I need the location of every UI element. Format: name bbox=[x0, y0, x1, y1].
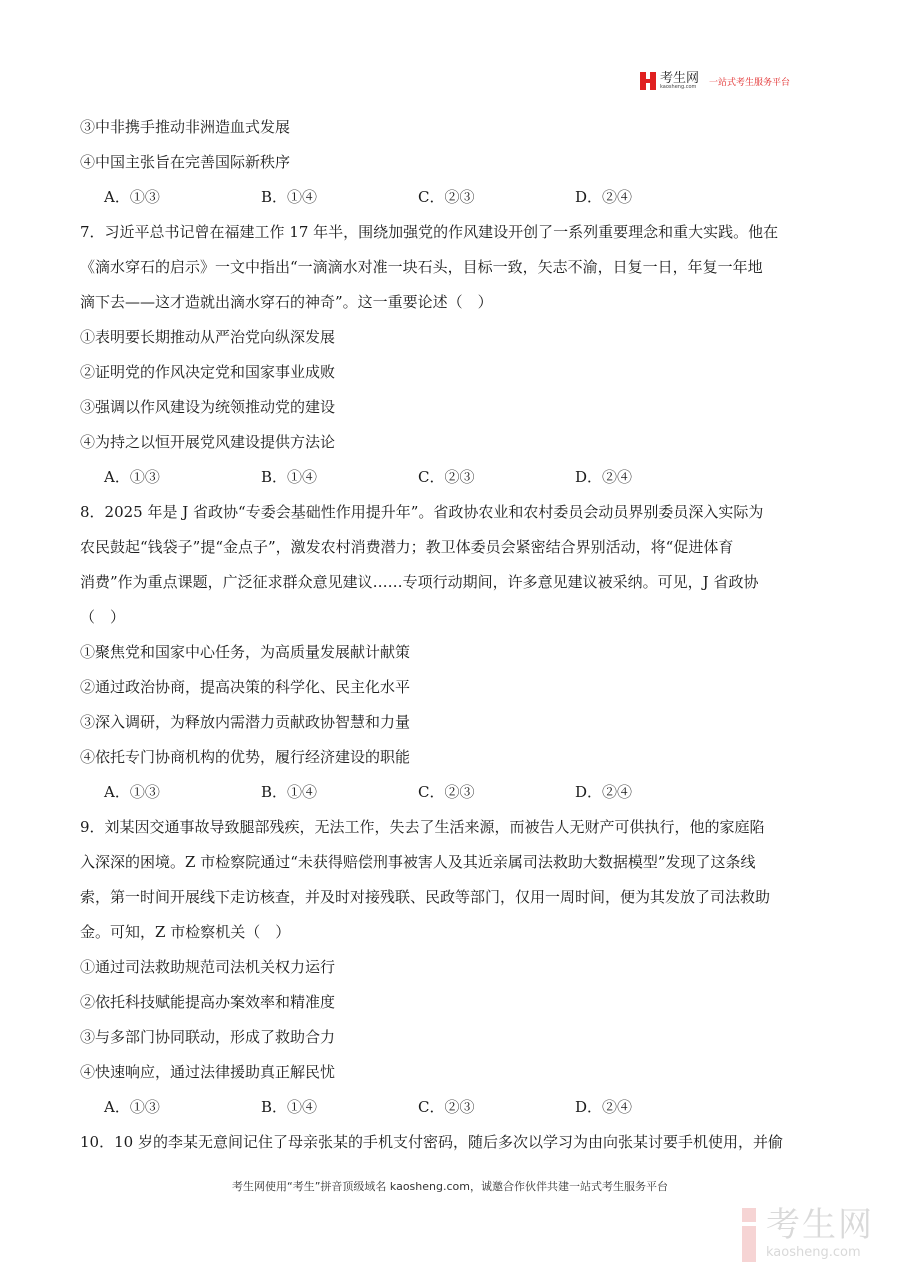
choice-a: A．①③ bbox=[104, 180, 261, 215]
choice-c: C．②③ bbox=[418, 180, 575, 215]
option-line: ④为持之以恒开展党风建设提供方法论 bbox=[80, 425, 825, 460]
question-10: 10．10 岁的李某无意间记住了母亲张某的手机支付密码，随后多次以学习为由向张某… bbox=[80, 1125, 825, 1160]
choice-c: C．②③ bbox=[418, 460, 575, 495]
question-stem-line: 农民鼓起“钱袋子”提“金点子”，激发农村消费潜力；教卫体委员会紧密结合界别活动，… bbox=[80, 530, 825, 565]
question-stem-line: 滴下去——这才造就出滴水穿石的神奇”。这一重要论述（ ） bbox=[80, 285, 825, 320]
question-8: 8．2025 年是 J 省政协“专委会基础性作用提升年”。省政协农业和农村委员会… bbox=[80, 495, 825, 810]
option-line: ④快速响应，通过法律援助真正解民忧 bbox=[80, 1055, 825, 1090]
option-line: ③中非携手推动非洲造血式发展 bbox=[80, 110, 825, 145]
option-line: ②证明党的作风决定党和国家事业成败 bbox=[80, 355, 825, 390]
option-line: ③深入调研，为释放内需潜力贡献政协智慧和力量 bbox=[80, 705, 825, 740]
choice-b: B．①④ bbox=[261, 180, 418, 215]
choice-d: D．②④ bbox=[575, 775, 732, 810]
answer-choices: A．①③ B．①④ C．②③ D．②④ bbox=[80, 775, 825, 810]
logo-domain: kaosheng.com bbox=[660, 85, 699, 90]
answer-choices: A．①③ B．①④ C．②③ D．②④ bbox=[80, 460, 825, 495]
choice-a: A．①③ bbox=[104, 460, 261, 495]
option-line: ③强调以作风建设为统领推动党的建设 bbox=[80, 390, 825, 425]
choice-b: B．①④ bbox=[261, 775, 418, 810]
footer-text: 考生网使用“考生”拼音顶级域名 kaosheng.com，诚邀合作伙伴共建一站式… bbox=[0, 1178, 900, 1194]
exam-content: ③中非携手推动非洲造血式发展 ④中国主张旨在完善国际新秩序 A．①③ B．①④ … bbox=[80, 110, 825, 1160]
choice-b: B．①④ bbox=[261, 460, 418, 495]
choice-d: D．②④ bbox=[575, 1090, 732, 1125]
choice-c: C．②③ bbox=[418, 1090, 575, 1125]
question-stem-line: 金。可知，Z 市检察机关（ ） bbox=[80, 915, 825, 950]
option-line: ①通过司法救助规范司法机关权力运行 bbox=[80, 950, 825, 985]
choice-d: D．②④ bbox=[575, 460, 732, 495]
choice-b: B．①④ bbox=[261, 1090, 418, 1125]
logo-slogan: 一站式考生服务平台 bbox=[709, 75, 790, 88]
watermark-domain: kaosheng.com bbox=[766, 1246, 874, 1259]
option-line: ①聚焦党和国家中心任务，为高质量发展献计献策 bbox=[80, 635, 825, 670]
question-stem-line: 消费”作为重点课题，广泛征求群众意见建议……专项行动期间，许多意见建议被采纳。可… bbox=[80, 565, 825, 600]
option-line: ②依托科技赋能提高办案效率和精准度 bbox=[80, 985, 825, 1020]
option-line: ①表明要长期推动从严治党向纵深发展 bbox=[80, 320, 825, 355]
kaosheng-logo-icon bbox=[640, 72, 656, 90]
question-stem-line: 9．刘某因交通事故导致腿部残疾，无法工作，失去了生活来源，而被告人无财产可供执行… bbox=[80, 810, 825, 845]
option-line: ③与多部门协同联动，形成了救助合力 bbox=[80, 1020, 825, 1055]
question-stem-line: 入深深的困境。Z 市检察院通过“未获得赔偿刑事被害人及其近亲属司法救助大数据模型… bbox=[80, 845, 825, 880]
option-line: ④依托专门协商机构的优势，履行经济建设的职能 bbox=[80, 740, 825, 775]
choice-c: C．②③ bbox=[418, 775, 575, 810]
option-line: ④中国主张旨在完善国际新秩序 bbox=[80, 145, 825, 180]
watermark-logo-icon bbox=[742, 1208, 760, 1262]
logo-text: 考生网 kaosheng.com bbox=[660, 72, 699, 90]
watermark-text: 考生网 kaosheng.com bbox=[766, 1208, 874, 1259]
choice-a: A．①③ bbox=[104, 775, 261, 810]
question-9: 9．刘某因交通事故导致腿部残疾，无法工作，失去了生活来源，而被告人无财产可供执行… bbox=[80, 810, 825, 1125]
watermark-name: 考生网 bbox=[766, 1208, 874, 1242]
choice-d: D．②④ bbox=[575, 180, 732, 215]
question-stem-line: 7．习近平总书记曾在福建工作 17 年半，围绕加强党的作风建设开创了一系列重要理… bbox=[80, 215, 825, 250]
option-line: ②通过政治协商，提高决策的科学化、民主化水平 bbox=[80, 670, 825, 705]
question-stem-line: 《滴水穿石的启示》一文中指出“一滴滴水对准一块石头，目标一致，矢志不渝，日复一日… bbox=[80, 250, 825, 285]
header-logo: 考生网 kaosheng.com 一站式考生服务平台 bbox=[640, 72, 790, 90]
watermark: 考生网 kaosheng.com bbox=[742, 1208, 874, 1262]
answer-choices: A．①③ B．①④ C．②③ D．②④ bbox=[80, 180, 825, 215]
question-stem-line: （ ） bbox=[80, 600, 825, 635]
question-6-tail: ③中非携手推动非洲造血式发展 ④中国主张旨在完善国际新秩序 A．①③ B．①④ … bbox=[80, 110, 825, 215]
question-stem-line: 8．2025 年是 J 省政协“专委会基础性作用提升年”。省政协农业和农村委员会… bbox=[80, 495, 825, 530]
question-stem-line: 索，第一时间开展线下走访核查，并及时对接残联、民政等部门，仅用一周时间，便为其发… bbox=[80, 880, 825, 915]
question-stem-line: 10．10 岁的李某无意间记住了母亲张某的手机支付密码，随后多次以学习为由向张某… bbox=[80, 1125, 825, 1160]
question-7: 7．习近平总书记曾在福建工作 17 年半，围绕加强党的作风建设开创了一系列重要理… bbox=[80, 215, 825, 495]
answer-choices: A．①③ B．①④ C．②③ D．②④ bbox=[80, 1090, 825, 1125]
choice-a: A．①③ bbox=[104, 1090, 261, 1125]
